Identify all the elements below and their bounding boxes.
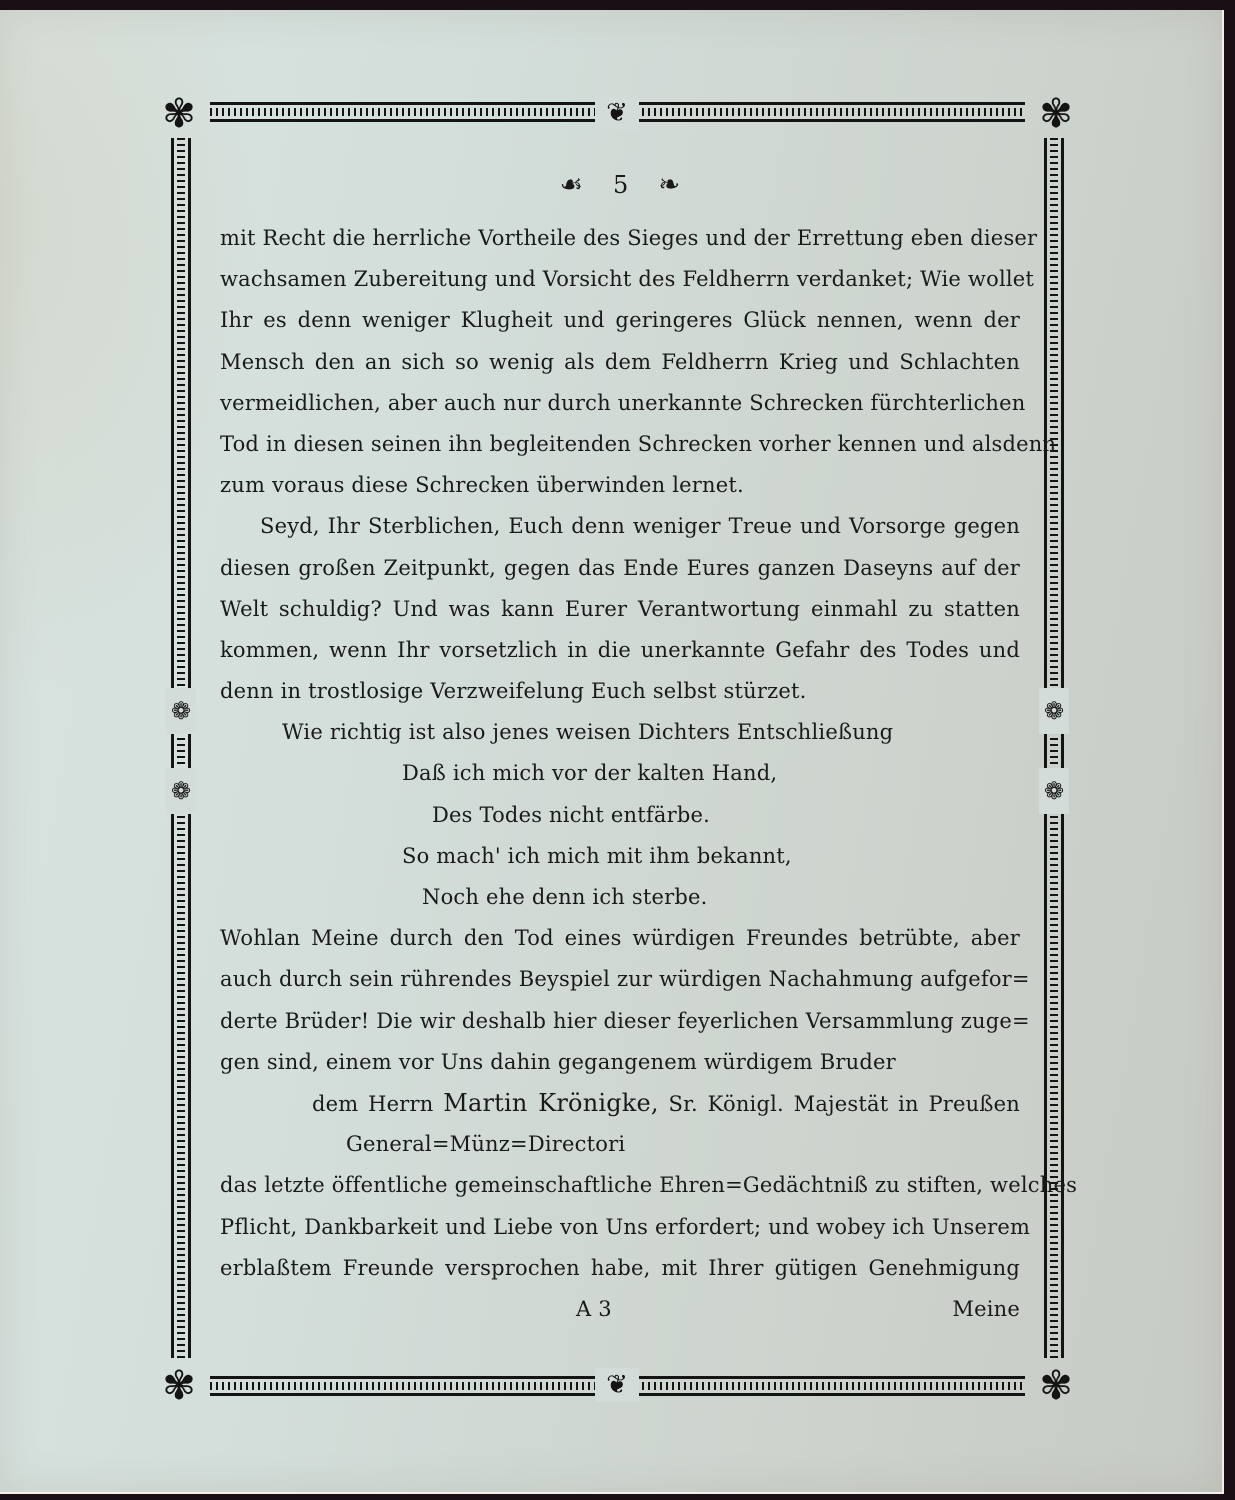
- text-line: Welt schuldig? Und was kann Eurer Verant…: [220, 589, 1020, 630]
- border-left-rail: [171, 138, 191, 1358]
- text-line: Tod in diesen seinen ihn begleitenden Sc…: [220, 424, 1020, 465]
- left-side-ornament-icon: ❁: [166, 768, 196, 814]
- dedication-prefix: dem Herrn: [312, 1092, 433, 1116]
- text-line: Wie richtig ist also jenes weisen Dichte…: [220, 712, 1020, 753]
- right-side-ornament-icon: ❁: [1039, 688, 1069, 734]
- text-line: mit Recht die herrliche Vortheile des Si…: [220, 218, 1020, 259]
- corner-flourish-icon: ✾: [1030, 88, 1082, 140]
- text-line: zum voraus diese Schrecken überwinden le…: [220, 465, 1020, 506]
- page-footer: A 3 Meine: [220, 1289, 1020, 1330]
- text-line: Ihr es denn weniger Klugheit und geringe…: [220, 300, 1020, 341]
- page-text: ☙ 5 ❧ mit Recht die herrliche Vortheile …: [220, 160, 1020, 1330]
- text-line: derte Brüder! Die wir deshalb hier diese…: [220, 1001, 1020, 1042]
- text-line: diesen großen Zeitpunkt, gegen das Ende …: [220, 548, 1020, 589]
- text-line: erblaßtem Freunde versprochen habe, mit …: [220, 1248, 1020, 1289]
- corner-flourish-icon: ✾: [153, 88, 205, 140]
- signature-mark: A 3: [576, 1289, 612, 1330]
- verse-line: Des Todes nicht entfärbe.: [220, 795, 1020, 836]
- corner-flourish-icon: ✾: [153, 1360, 205, 1412]
- text-line: Seyd, Ihr Sterblichen, Euch denn weniger…: [220, 506, 1020, 547]
- bottom-center-ornament-icon: ❦: [595, 1368, 639, 1402]
- dedication-line: dem Herrn Martin Krönigke, Sr. Königl. M…: [220, 1083, 1020, 1124]
- top-center-ornament-icon: ❦: [595, 96, 639, 130]
- dedicatee-name: Martin Krönigke,: [443, 1089, 659, 1117]
- flourish-left-icon: ☙: [560, 160, 584, 210]
- catchword: Meine: [952, 1289, 1020, 1330]
- text-line: auch durch sein rührendes Beyspiel zur w…: [220, 959, 1020, 1000]
- verse-line: So mach' ich mich mit ihm bekannt,: [220, 836, 1020, 877]
- text-line: das letzte öffentliche gemeinschaftliche…: [220, 1165, 1020, 1206]
- text-line: Wohlan Meine durch den Tod eines würdige…: [220, 918, 1020, 959]
- page-header: ☙ 5 ❧: [220, 160, 1020, 218]
- right-side-ornament-icon: ❁: [1039, 768, 1069, 814]
- text-line: Mensch den an sich so wenig als dem Feld…: [220, 342, 1020, 383]
- text-line: Pflicht, Dankbarkeit und Liebe von Uns e…: [220, 1207, 1020, 1248]
- text-line: denn in trostlosige Verzweifelung Euch s…: [220, 671, 1020, 712]
- text-line: vermeidlichen, aber auch nur durch unerk…: [220, 383, 1020, 424]
- text-line: wachsamen Zubereitung und Vorsicht des F…: [220, 259, 1020, 300]
- verse-line: Noch ehe denn ich sterbe.: [220, 877, 1020, 918]
- text-line: kommen, wenn Ihr vorsetzlich in die uner…: [220, 630, 1020, 671]
- page-number: 5: [613, 171, 628, 199]
- dedication-suffix: Sr. Königl. Majestät in Preußen: [669, 1092, 1020, 1116]
- book-page: ✾ ✾ ✾ ✾ ❦ ❦ ❁ ❁ ❁ ❁ ☙ 5 ❧ mit Recht die …: [0, 10, 1224, 1494]
- verse-line: Daß ich mich vor der kalten Hand,: [220, 753, 1020, 794]
- corner-flourish-icon: ✾: [1030, 1360, 1082, 1412]
- dedicatee-title: General=Münz=Directori: [220, 1124, 1020, 1165]
- left-side-ornament-icon: ❁: [166, 688, 196, 734]
- text-line: gen sind, einem vor Uns dahin gegangenem…: [220, 1042, 1020, 1083]
- flourish-right-icon: ❧: [658, 160, 680, 210]
